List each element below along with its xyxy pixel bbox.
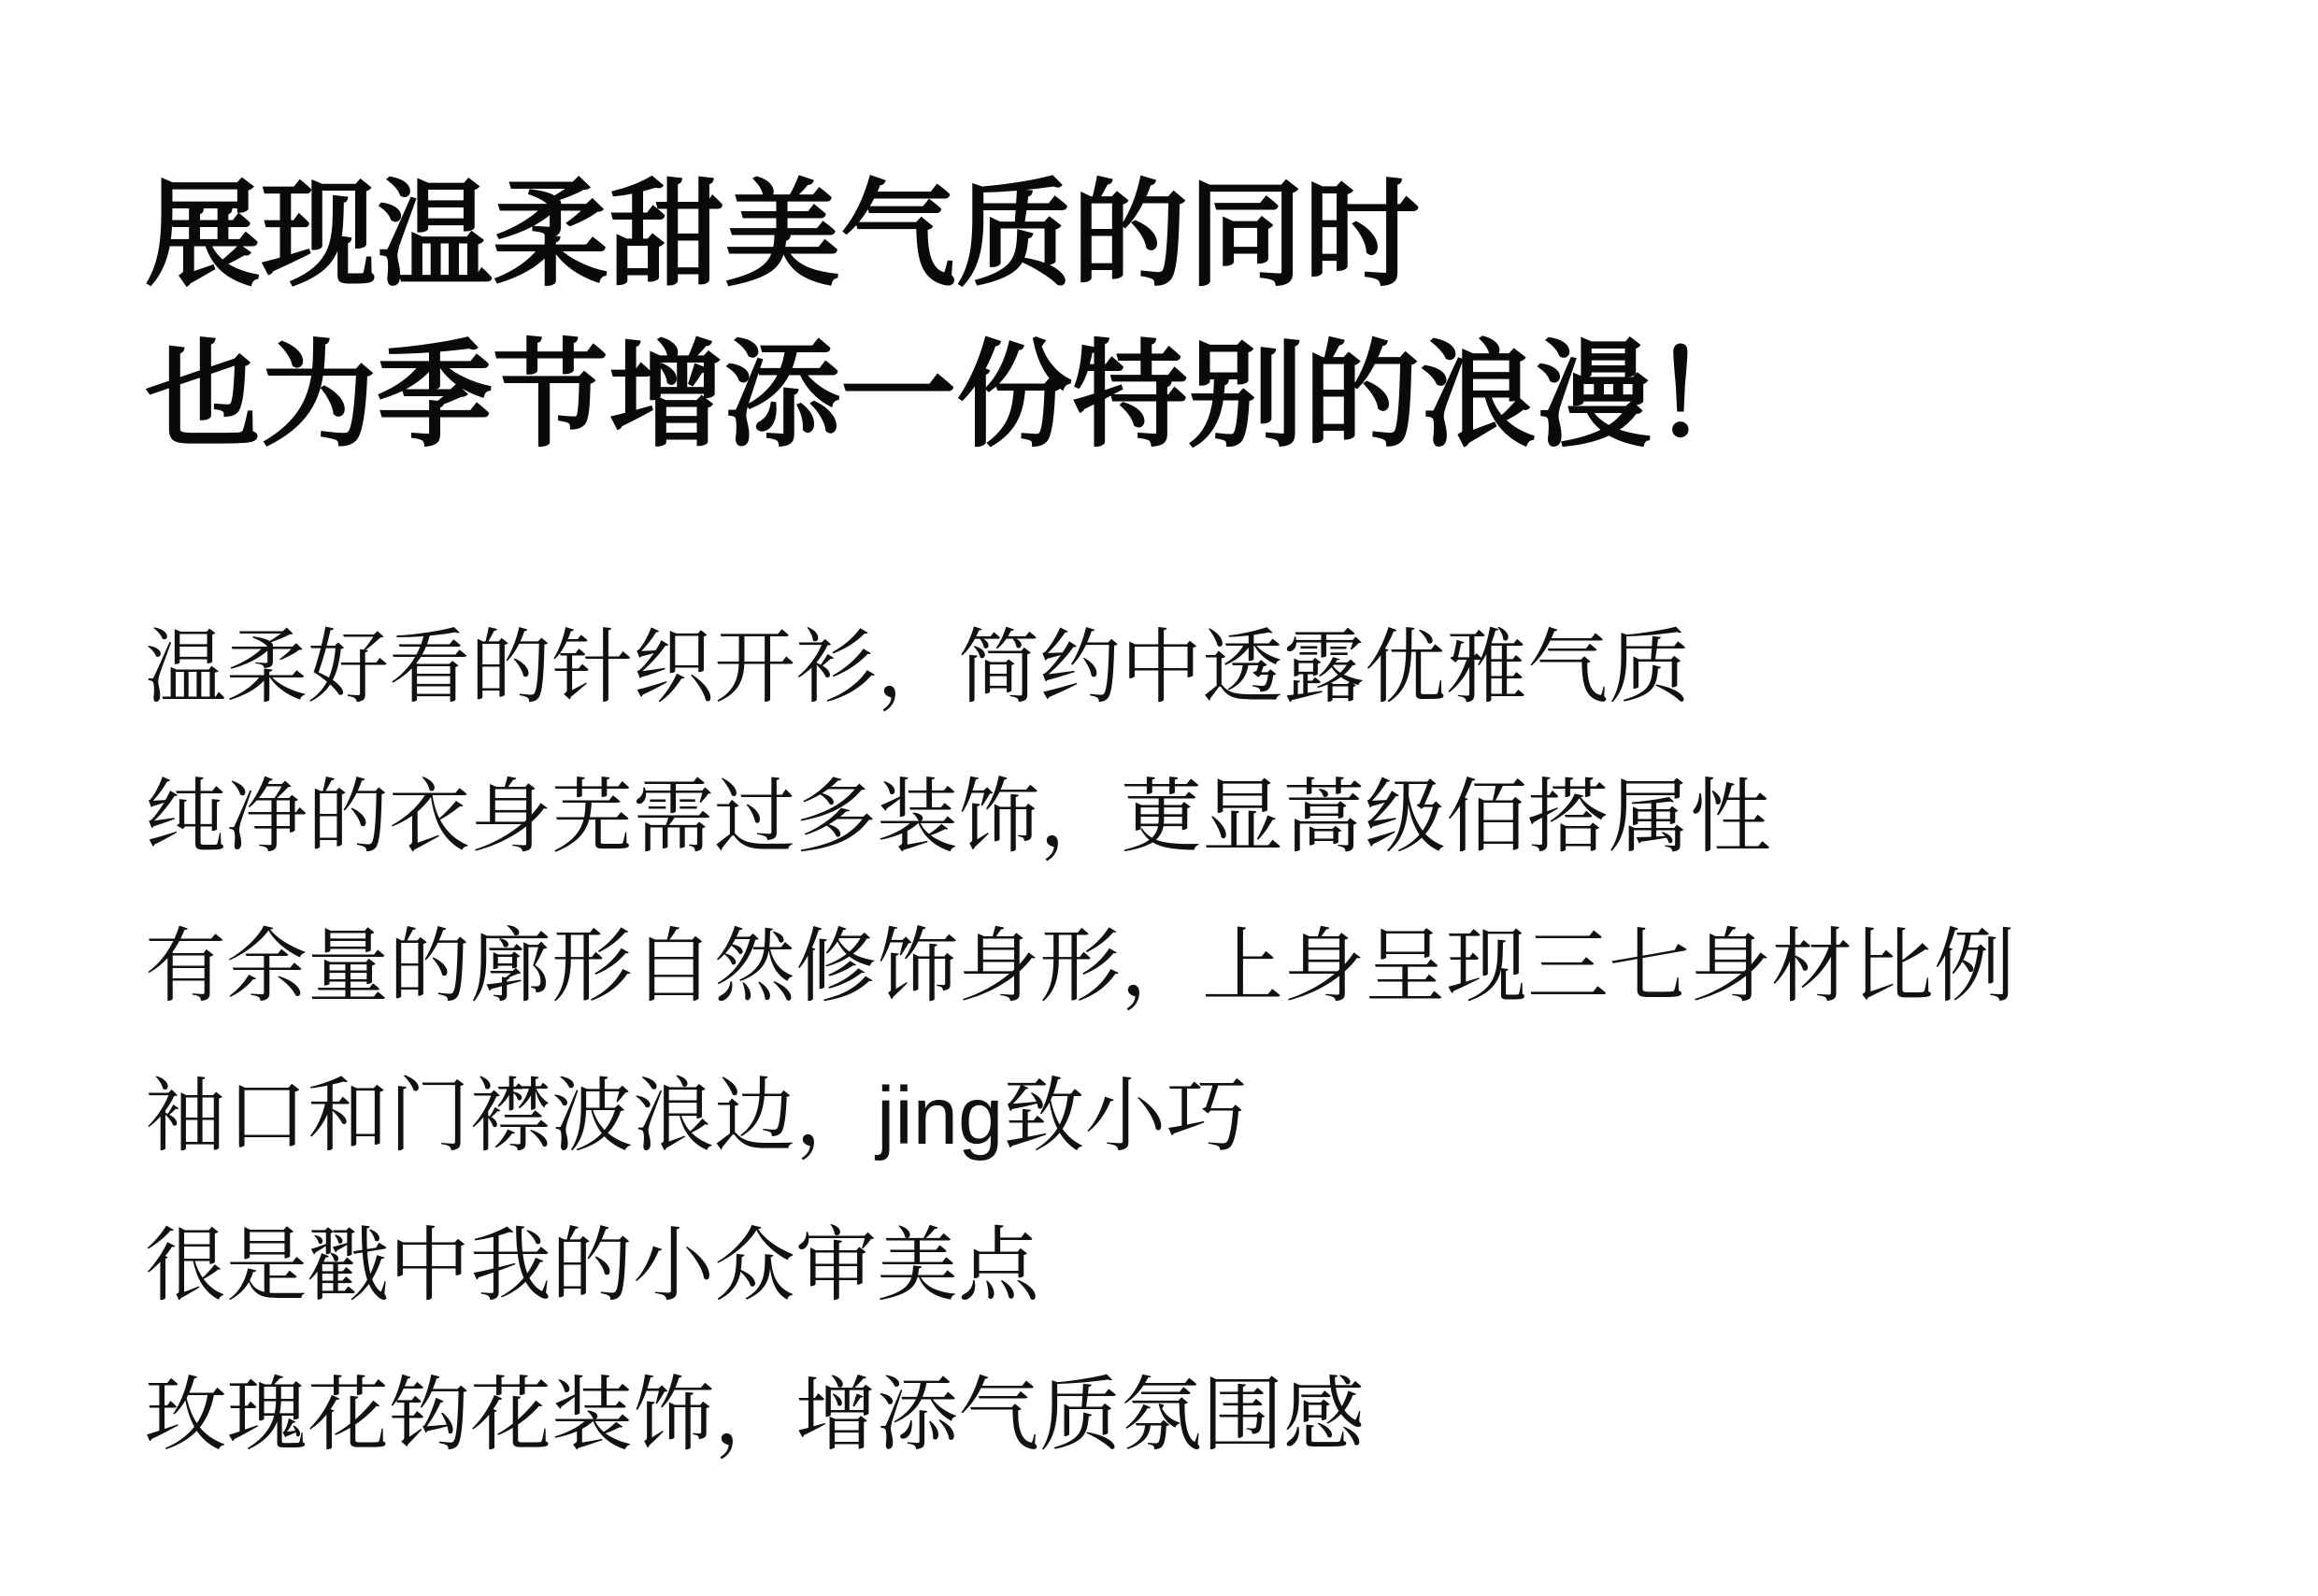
body-text-block: 温柔好看的针织开衫，简约中透露优雅气质 纯净的衣身芜需过多装饰，莄显蒿级佰搭属性… xyxy=(145,593,2262,1490)
body-line-4: 袖口和门襟波浪边，jing致小巧 xyxy=(145,1042,2262,1191)
text-content: 展现温柔甜美气质的同时 也为季节增添一份特别的浪漫！ 温柔好看的针织开衫，简约中… xyxy=(145,0,2262,1490)
headline-block: 展现温柔甜美气质的同时 也为季节增添一份特别的浪漫！ xyxy=(145,155,2262,477)
headline-line-2: 也为季节增添一份特别的浪漫！ xyxy=(145,316,2262,477)
headline-line-1: 展现温柔甜美气质的同时 xyxy=(145,155,2262,316)
body-line-3: 有余量的廓形自然修饰身形，上身呈现三七身材比例 xyxy=(145,892,2262,1042)
body-line-2: 纯净的衣身芜需过多装饰，莄显蒿级佰搭属性 xyxy=(145,743,2262,892)
product-description-page: 展现温柔甜美气质的同时 也为季节增添一份特别的浪漫！ 温柔好看的针织开衫，简约中… xyxy=(0,0,2318,1596)
body-line-5: 很是戳中我的小众审美点 xyxy=(145,1191,2262,1341)
body-line-1: 温柔好看的针织开衫，简约中透露优雅气质 xyxy=(145,593,2262,743)
body-line-6: 玫瑰花钩花装饰，增添气质氛围感 xyxy=(145,1341,2262,1490)
